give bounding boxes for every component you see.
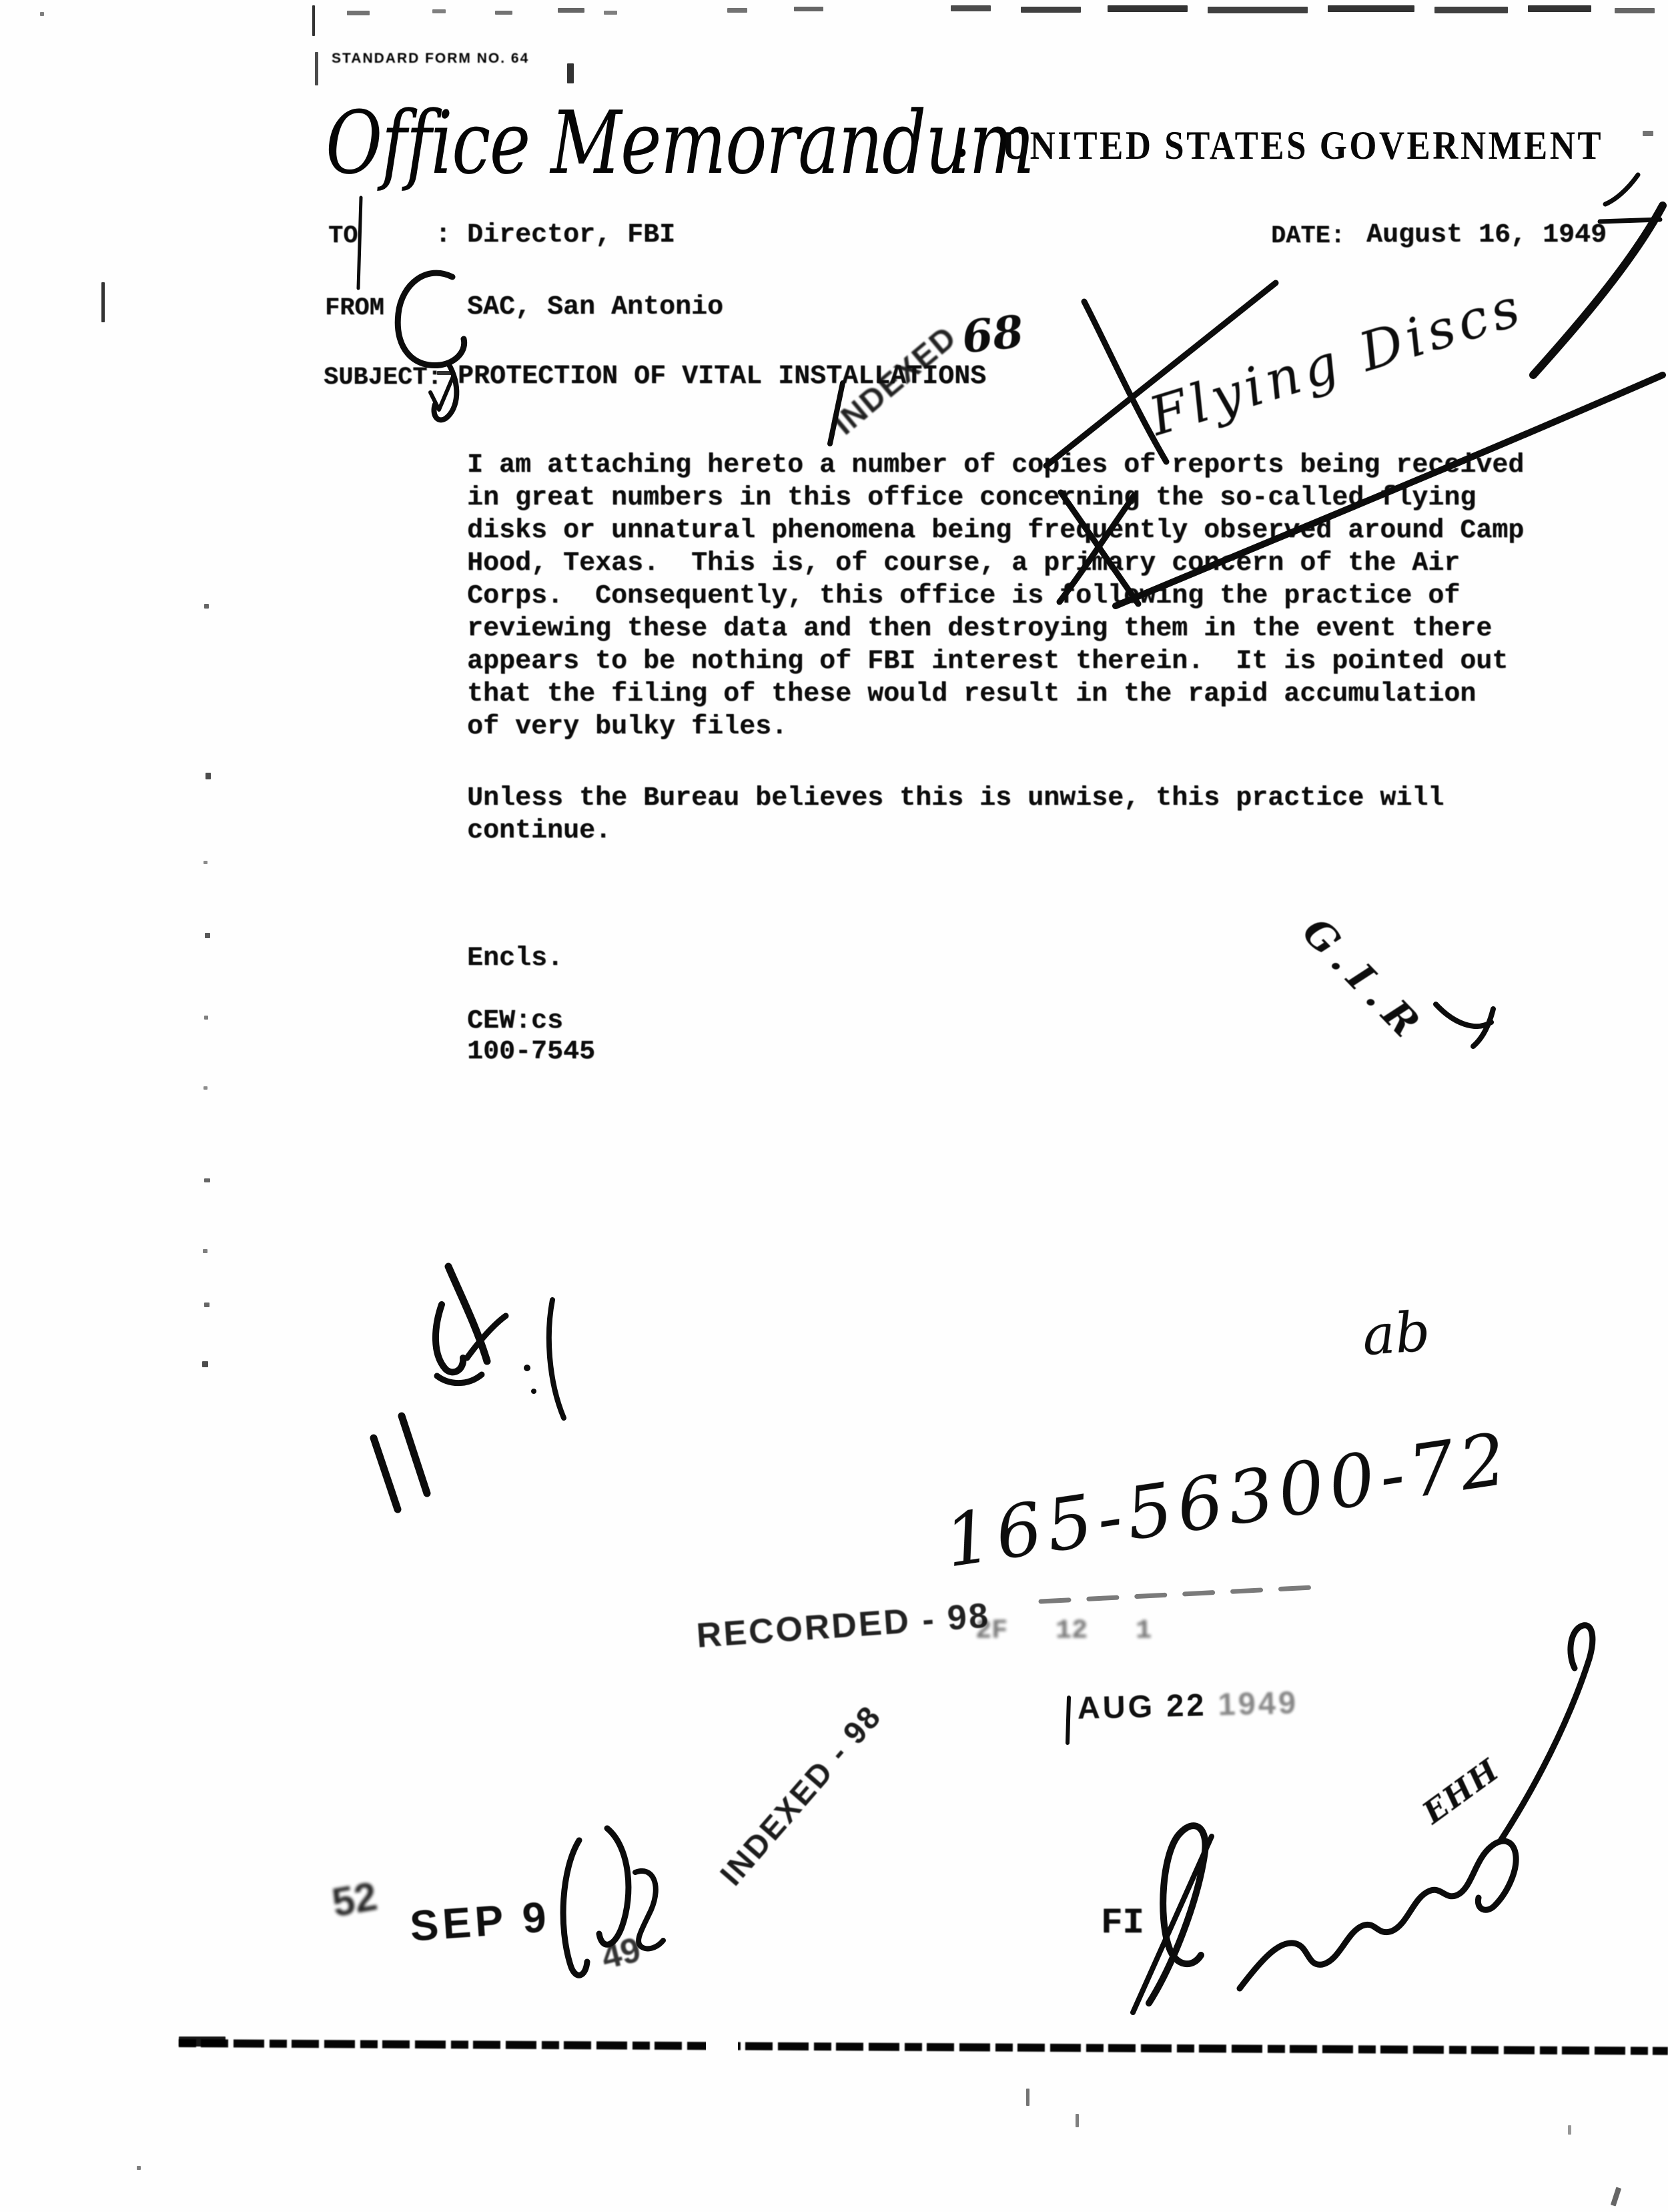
- scan-noise: [203, 1086, 207, 1090]
- initials-scribble: [549, 1300, 564, 1418]
- scan-noise: [205, 933, 210, 938]
- double-slash: [374, 1438, 398, 1509]
- ab-annotation: ab: [1360, 1301, 1432, 1369]
- scan-noise: [432, 9, 446, 13]
- body-line: Hood, Texas. This is, of course, a prima…: [467, 547, 1460, 580]
- scan-noise: [1108, 5, 1188, 12]
- circled-c-mark: [398, 273, 464, 365]
- scan-noise: [202, 1361, 208, 1367]
- scan-edge-gap: [706, 2035, 738, 2053]
- scan-noise: [204, 604, 209, 609]
- date-value: August 16, 1949: [1366, 219, 1607, 252]
- received-date-year: 1949: [1218, 1684, 1299, 1722]
- scan-noise: [204, 1178, 210, 1182]
- scan-noise: [315, 52, 318, 85]
- scan-noise: [1328, 5, 1414, 12]
- scan-noise: [1568, 2125, 1571, 2135]
- scan-noise: [204, 1016, 208, 1020]
- sep-stamp-year: 49: [598, 1930, 645, 1978]
- memo-document: STANDARD FORM NO. 64 Office Memorandum •…: [0, 0, 1668, 2212]
- scan-edge-cap: [179, 2037, 226, 2047]
- scan-noise: [204, 1303, 210, 1307]
- scan-noise: [1528, 5, 1591, 12]
- fi-mark: FI: [1101, 1907, 1144, 1940]
- body-line: reviewing these data and then destroying…: [467, 613, 1492, 645]
- d-scribble: [1149, 1826, 1206, 2003]
- scan-noise: [567, 63, 574, 83]
- form-number-label: STANDARD FORM NO. 64: [332, 51, 529, 67]
- recorded-stamp: RECORDED - 98: [695, 1595, 991, 1656]
- scan-noise: [1076, 2114, 1079, 2127]
- sep-overwrite-loop: [563, 1840, 587, 1975]
- received-date-month: AUG 22: [1077, 1687, 1207, 1726]
- scan-noise: [558, 8, 584, 13]
- sep-overwrite-loop: [599, 1828, 629, 1944]
- enclosures-note: Encls.: [467, 942, 563, 975]
- body-line: of very bulky files.: [467, 711, 787, 743]
- sep-stamp-prefix: 52: [329, 1873, 381, 1926]
- scan-noise: [1643, 131, 1653, 136]
- to-label: TO: [328, 220, 358, 253]
- sep-overwrite-loop: [635, 1871, 663, 1948]
- body-line: continue.: [467, 815, 611, 847]
- from-value: SAC, San Antonio: [467, 291, 723, 324]
- stamp-remnant-dashes: [1041, 1587, 1324, 1601]
- initials-scribble: [437, 1375, 482, 1383]
- scan-noise: [203, 861, 207, 864]
- masthead-org: UNITED STATES GOVERNMENT: [1002, 123, 1603, 169]
- subject-dash-mark: [437, 371, 454, 375]
- scan-noise: [1021, 7, 1081, 13]
- typist-initials: CEW:cs: [467, 1005, 563, 1038]
- scan-noise: [137, 2166, 141, 2170]
- x-mark: [1084, 302, 1166, 462]
- double-slash: [402, 1416, 427, 1493]
- body-line: Corps. Consequently, this office is foll…: [467, 580, 1460, 613]
- ehh-initials: EHH: [1416, 1752, 1506, 1831]
- scan-noise: [794, 7, 823, 11]
- sep-stamp: SEP 9: [408, 1892, 552, 1950]
- chevron-mark: [1600, 220, 1660, 222]
- subject-label: SUBJECT:: [324, 362, 442, 394]
- scan-noise: [1611, 2187, 1621, 2206]
- scan-noise: [40, 12, 44, 16]
- d-scribble-slash: [1133, 1836, 1212, 2012]
- ink-dot: [531, 1389, 536, 1394]
- scan-noise: [1208, 7, 1308, 13]
- scan-noise: [1434, 7, 1508, 13]
- indexed-98-stamp: INDEXED - 98: [713, 1698, 889, 1892]
- initials-scribble: [467, 1316, 506, 1358]
- memo-title: Office Memorandum: [326, 92, 1033, 194]
- ink-dot: [524, 1365, 530, 1371]
- signature-scribble: [1240, 1841, 1516, 1988]
- body-line: in great numbers in this office concerni…: [467, 482, 1476, 514]
- scan-noise: [727, 8, 747, 13]
- body-line: appears to be nothing of FBI interest th…: [467, 645, 1508, 678]
- scan-noise: [1026, 2089, 1029, 2106]
- scan-noise: [604, 11, 617, 15]
- gir-hook: [1436, 1004, 1491, 1026]
- received-date-stamp: AUG 22 1949: [1077, 1684, 1299, 1726]
- scan-noise: [1615, 8, 1655, 13]
- scan-noise: [951, 5, 991, 11]
- scan-noise: [205, 773, 211, 779]
- flying-discs-annotation: Flying Discs: [1142, 275, 1531, 448]
- scan-noise: [347, 11, 370, 15]
- gir-hook: [1473, 1009, 1493, 1046]
- pen-stroke: [358, 198, 361, 288]
- from-label: FROM: [325, 292, 384, 325]
- body-line: Unless the Bureau believes this is unwis…: [467, 782, 1444, 815]
- to-value: Director, FBI: [467, 219, 675, 252]
- stamp-remnant: 2F 12 1: [975, 1615, 1152, 1647]
- scan-noise: [312, 5, 315, 36]
- fbi-file-number: 165-56300-72: [939, 1417, 1517, 1583]
- scan-noise: [101, 282, 105, 322]
- stamp-tick: [1068, 1698, 1069, 1743]
- scan-noise: [495, 11, 512, 15]
- to-separator: :: [435, 219, 451, 252]
- scan-noise: [203, 1249, 207, 1253]
- date-label: DATE:: [1271, 220, 1345, 253]
- body-line: that the filing of these would result in…: [467, 678, 1476, 711]
- initials-scribble: [436, 1305, 463, 1372]
- handwritten-number: 68: [959, 305, 1026, 363]
- body-line: disks or unnatural phenomena being frequ…: [467, 514, 1524, 547]
- signature-flourish: [1500, 1625, 1593, 1842]
- masthead-bullet: •: [955, 133, 967, 173]
- gir-annotation: G.I.R: [1294, 909, 1434, 1052]
- office-file-number: 100-7545: [467, 1036, 595, 1068]
- chevron-mark: [1605, 175, 1638, 204]
- initials-scribble: [448, 1266, 487, 1361]
- scan-edge-line: [179, 2039, 1668, 2055]
- body-line: I am attaching hereto a number of copies…: [467, 449, 1524, 482]
